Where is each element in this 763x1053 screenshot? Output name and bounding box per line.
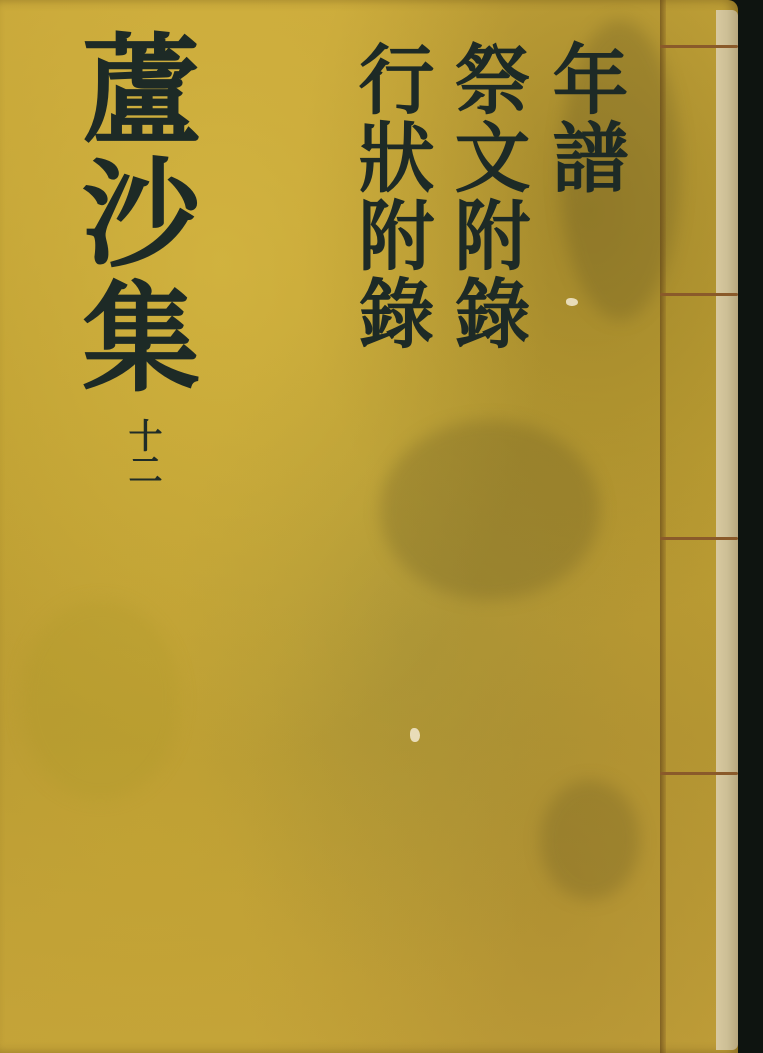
stain: [540, 780, 640, 900]
contents-column-3: 行狀附錄: [352, 40, 428, 352]
stain: [20, 600, 180, 800]
contents-column-2: 祭文附錄: [448, 40, 524, 352]
book-title: 蘆沙集: [72, 28, 190, 400]
binding-stitch: [660, 537, 738, 540]
paper-speck: [410, 728, 420, 742]
stain: [380, 420, 600, 600]
paper-speck: [566, 298, 578, 306]
contents-column-1: 年譜: [546, 40, 622, 196]
book-cover: 蘆沙集 十二 年譜 祭文附錄 行狀附錄: [0, 0, 738, 1053]
volume-number: 十二: [118, 418, 167, 486]
binding-stitch: [660, 772, 738, 775]
binding-stitch: [660, 45, 738, 48]
binding-stitch: [660, 293, 738, 296]
page-block-edge: [716, 10, 738, 1050]
spine-fold: [660, 0, 666, 1053]
